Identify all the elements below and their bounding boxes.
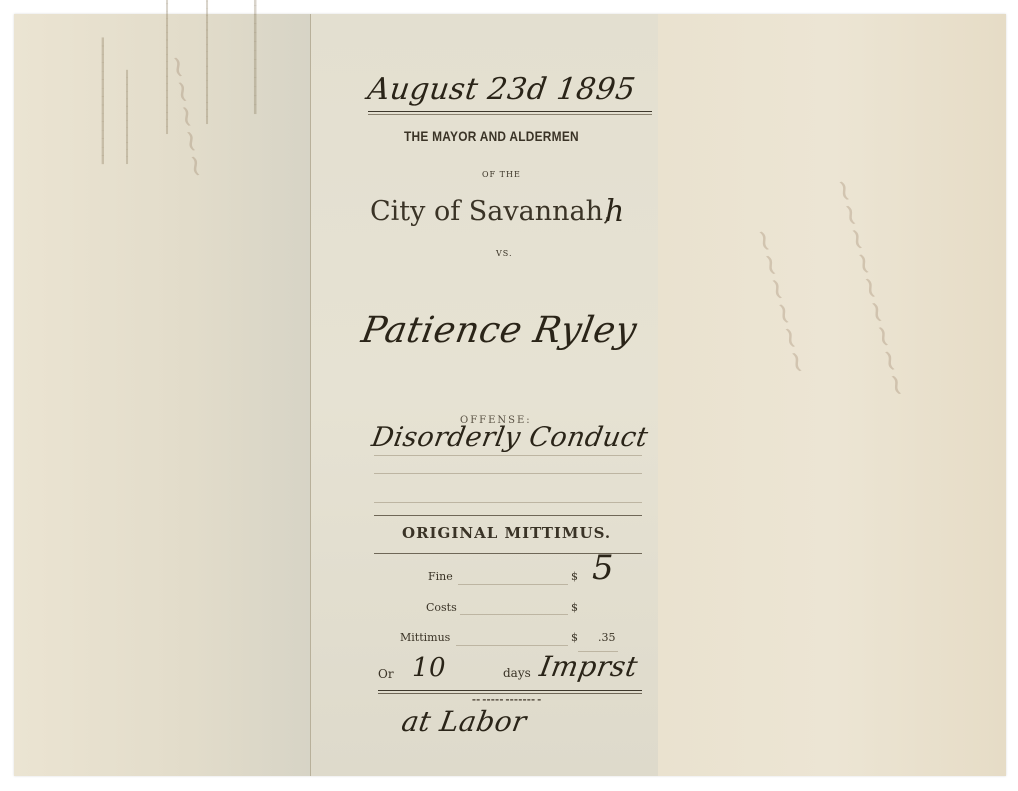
days-value: 10 — [412, 653, 446, 683]
section-rule — [374, 515, 642, 516]
section-rule — [378, 693, 642, 694]
bleed-through-handwriting: ~~~~~~ — [744, 224, 817, 379]
form-line — [460, 614, 568, 615]
defendant-name: Patience Ryley — [358, 310, 640, 351]
days-label: days — [503, 666, 531, 680]
date-handwritten: August 23d 1895 — [366, 72, 638, 107]
mittimus-label: Mittimus — [400, 631, 450, 644]
form-line — [374, 455, 642, 456]
mittimus-amount: .35 — [598, 631, 616, 644]
form-title: ORIGINAL MITTIMUS. — [402, 524, 611, 542]
heading-of-the: OF THE — [482, 170, 521, 179]
fine-label: Fine — [428, 570, 453, 583]
right-fold-panel: ~~~~~~~~~ ~~~~~~ — [658, 14, 1006, 776]
form-line — [456, 645, 568, 646]
form-line — [374, 502, 642, 503]
bleed-through-text: ━━━━━━━━━━━━━━━ — [94, 38, 110, 164]
city-correction-mark: h — [605, 194, 625, 229]
heading-mayor-aldermen: THE MAYOR AND ALDERMEN — [404, 128, 579, 144]
offense-value: Disorderly Conduct — [369, 422, 650, 453]
date-rule — [368, 111, 652, 112]
or-label: Or — [378, 667, 394, 681]
bleed-through-text: ━━━━━━━━━━━━━ — [120, 70, 134, 164]
fine-amount: 5 — [592, 548, 614, 588]
left-fold-panel: ━━━━━━━━━━━━━━━━━━━━ ━━━━━━━━━━━━━━━━━━━… — [14, 14, 310, 776]
date-rule — [368, 114, 652, 115]
costs-currency: $ — [571, 601, 578, 614]
mittimus-currency: $ — [571, 631, 578, 644]
form-line — [374, 473, 642, 474]
printer-imprint: ▬▬ ▬▬▬▬▬ ▬▬▬▬▬▬▬ ▬ — [472, 697, 542, 702]
versus-label: VS. — [496, 249, 513, 258]
bleed-through-handwriting: ~~~~~~~~~ — [824, 174, 916, 402]
sentence-type: Imprst — [537, 650, 640, 683]
heading-city: City of Savannah, — [370, 196, 612, 227]
labor-note: at Labor — [399, 705, 529, 738]
costs-label: Costs — [426, 601, 457, 614]
form-line — [458, 584, 568, 585]
bleed-through-text: ━━━━━━━━━━━━━━━━━━━━ — [246, 0, 264, 114]
section-rule — [378, 690, 642, 691]
fine-currency: $ — [571, 570, 578, 583]
